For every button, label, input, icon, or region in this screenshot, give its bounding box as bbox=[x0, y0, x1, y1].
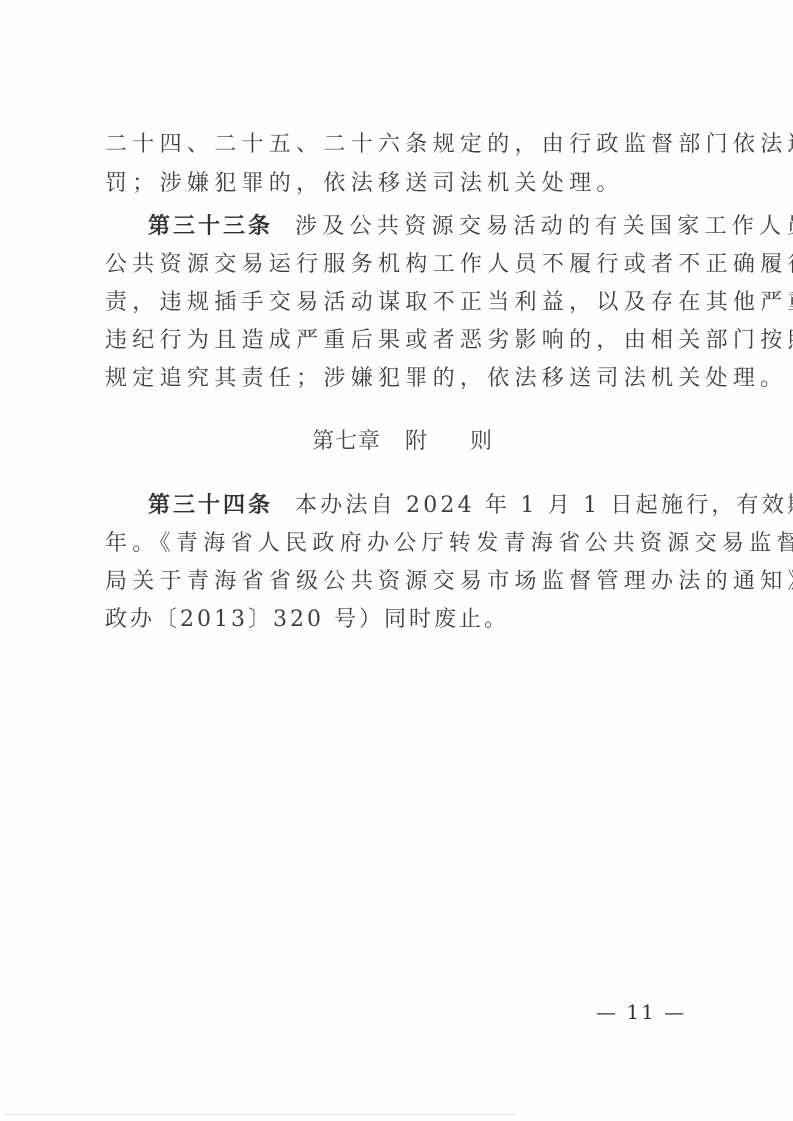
article-heading: 第三十三条 bbox=[148, 214, 273, 239]
paragraph-line: 规定追究其责任；涉嫌犯罪的，依法移送司法机关处理。 bbox=[105, 365, 690, 393]
article-text: 本办法自 2024 年 1 月 1 日起施行，有效期五 bbox=[295, 493, 793, 518]
paragraph-line: 政办〔2013〕320 号）同时废止。 bbox=[105, 606, 690, 634]
article-heading: 第三十四条 bbox=[148, 493, 273, 518]
paragraph-line: 公共资源交易运行服务机构工作人员不履行或者不正确履行职 bbox=[105, 251, 690, 279]
chapter-heading: 第七章附则 bbox=[312, 428, 493, 456]
paragraph-line: 责，违规插手交易活动谋取不正当利益，以及存在其他严重违法 bbox=[105, 289, 690, 317]
paragraph-line: 违纪行为且造成严重后果或者恶劣影响的，由相关部门按照有关 bbox=[105, 327, 690, 355]
article-34-first-line: 第三十四条本办法自 2024 年 1 月 1 日起施行，有效期五 bbox=[148, 492, 733, 520]
paragraph-line: 罚；涉嫌犯罪的，依法移送司法机关处理。 bbox=[105, 170, 690, 198]
chapter-number: 第七章 bbox=[312, 429, 381, 454]
paragraph-line: 年。《青海省人民政府办公厅转发青海省公共资源交易监督管理 bbox=[105, 530, 690, 558]
chapter-title-1: 附 bbox=[405, 429, 428, 454]
page-number: — 11 — bbox=[596, 1000, 686, 1024]
chapter-title-2: 则 bbox=[470, 429, 493, 454]
article-text: 涉及公共资源交易活动的有关国家工作人员及 bbox=[295, 214, 793, 239]
paragraph-line: 二十四、二十五、二十六条规定的，由行政监督部门依法进行处 bbox=[105, 131, 690, 159]
scan-edge-line bbox=[4, 1114, 516, 1115]
article-33-first-line: 第三十三条涉及公共资源交易活动的有关国家工作人员及 bbox=[148, 213, 733, 241]
paragraph-line: 局关于青海省省级公共资源交易市场监督管理办法的通知》（青 bbox=[105, 568, 690, 596]
document-page: 二十四、二十五、二十六条规定的，由行政监督部门依法进行处 罚；涉嫌犯罪的，依法移… bbox=[0, 0, 793, 1121]
